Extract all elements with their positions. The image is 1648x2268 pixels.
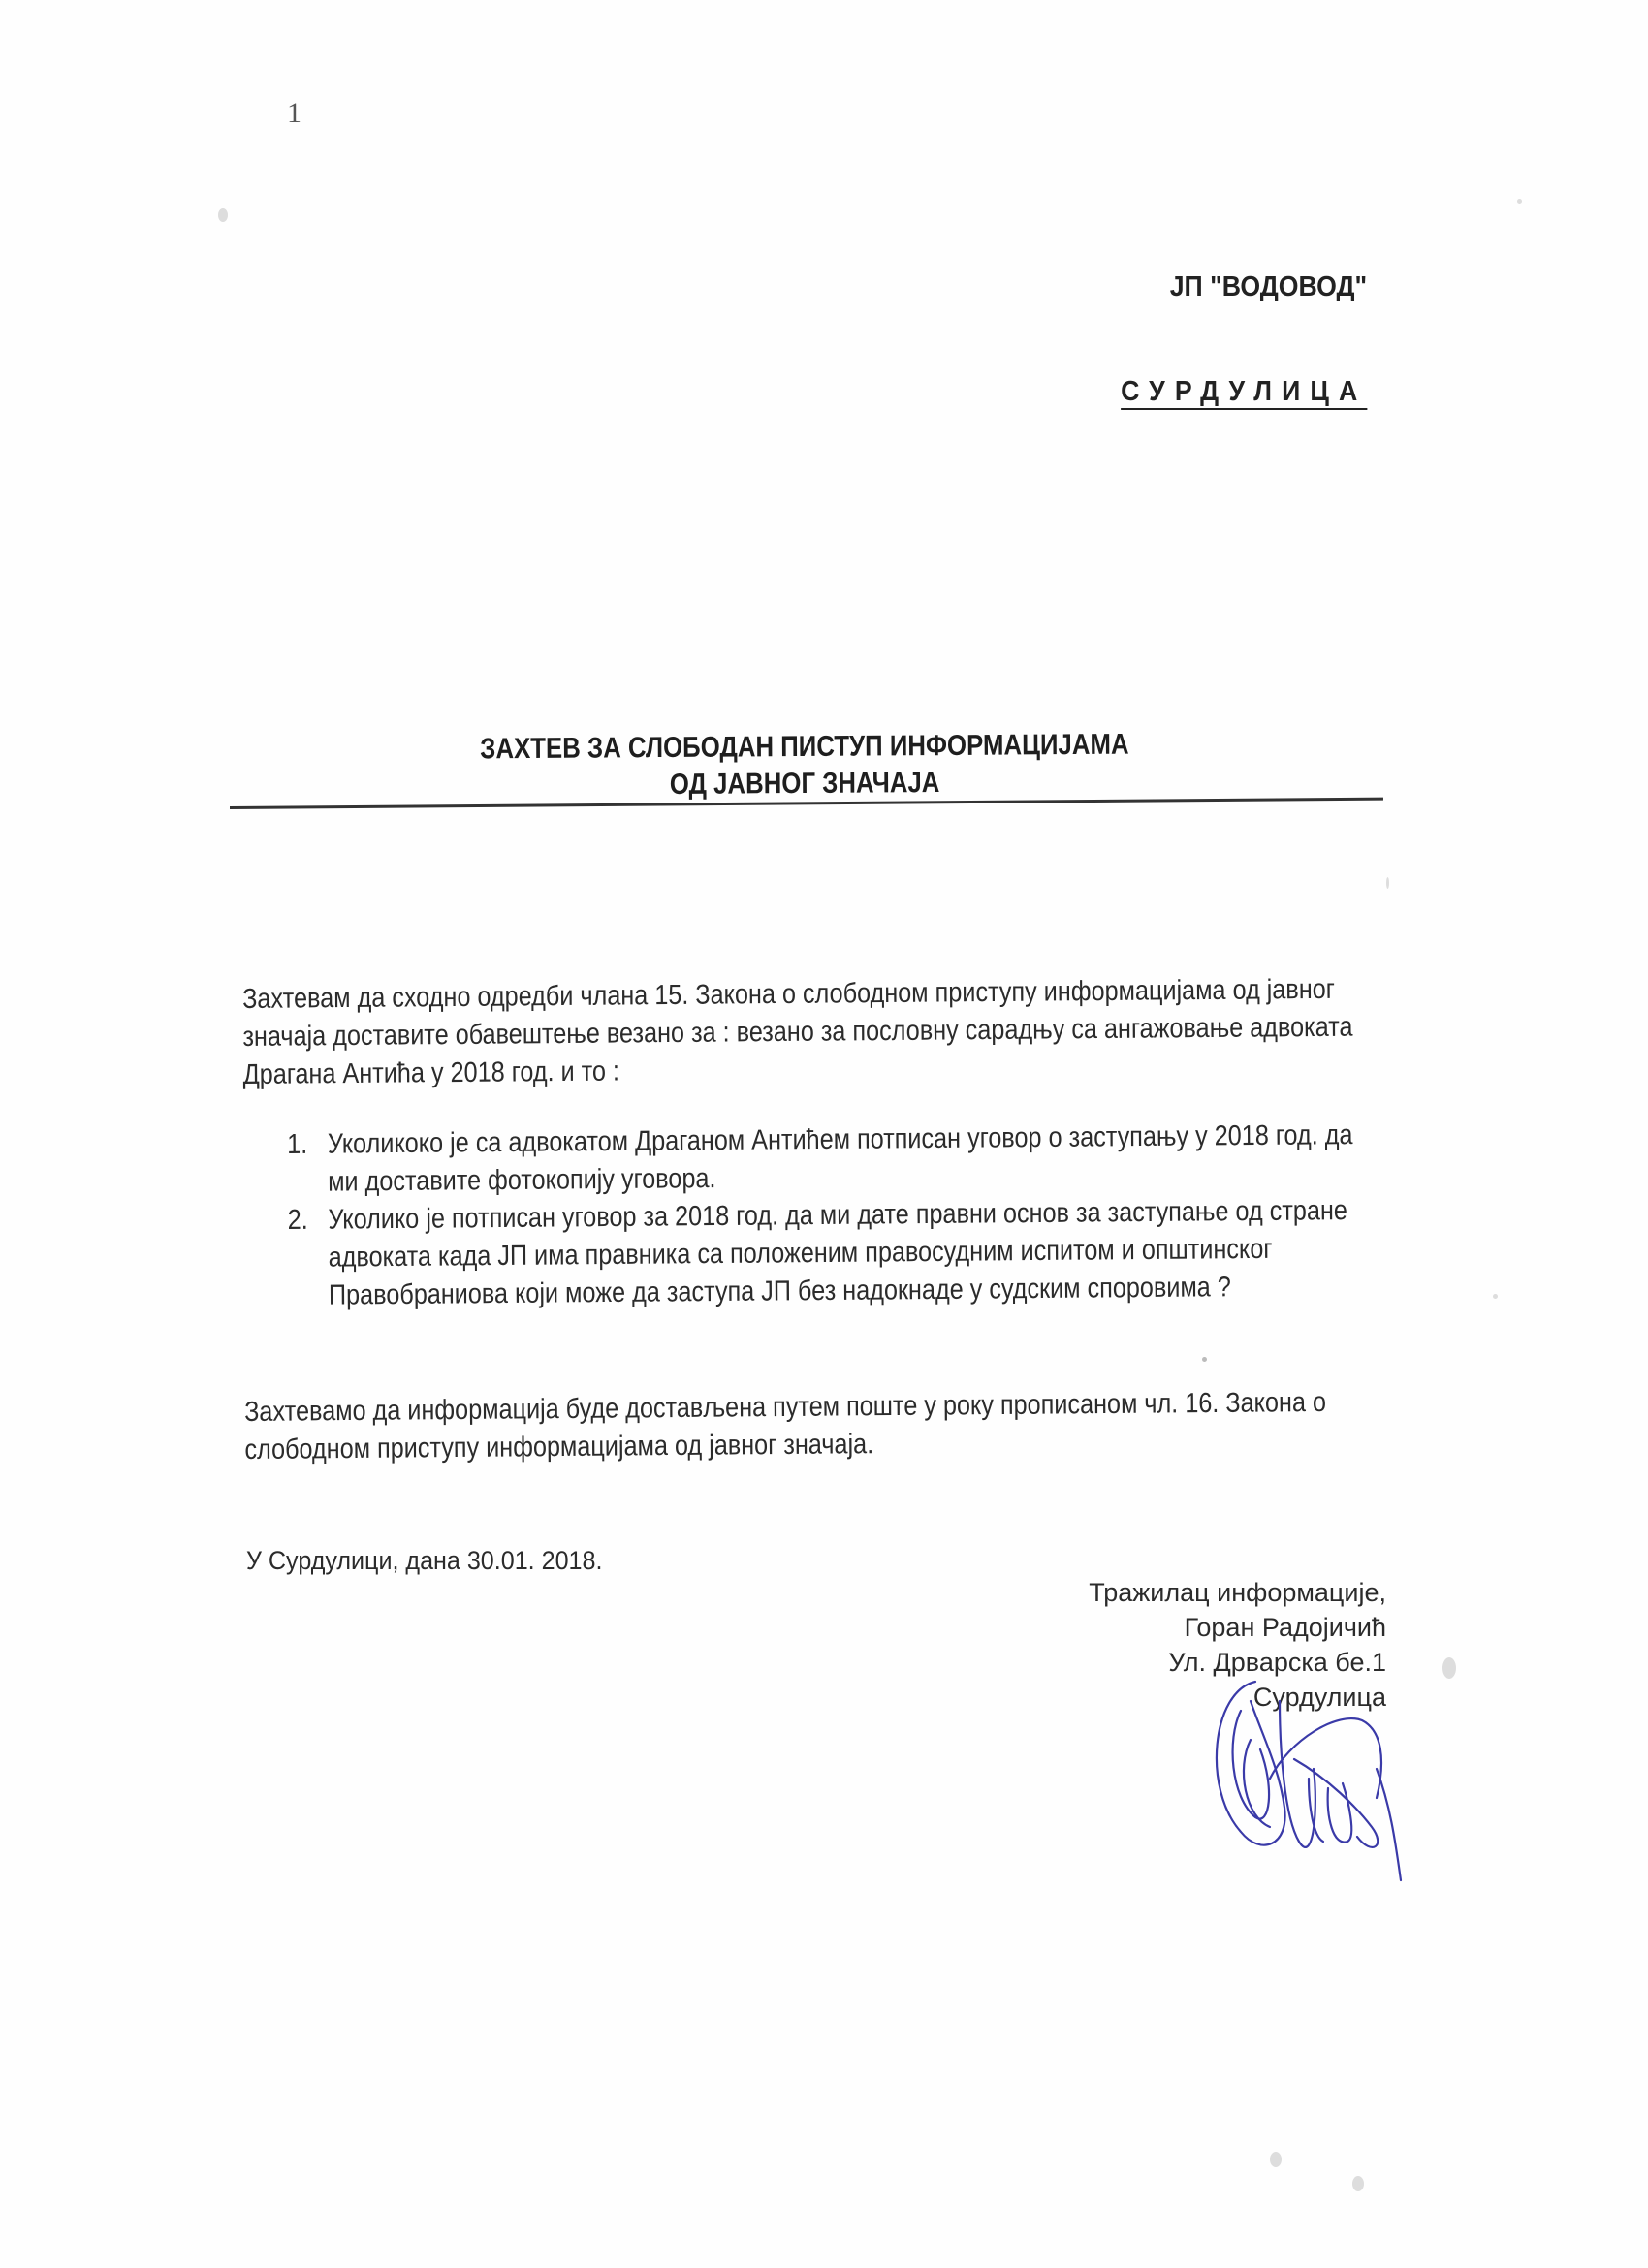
request-item: 1. Уколикоко је са адвокатом Драганом Ан…: [287, 1117, 1353, 1202]
document-title: ЗАХТЕВ ЗА СЛОБОДАН ПИСТУП ИНФОРМАЦИЈАМА …: [312, 725, 1296, 805]
request-text: Уколико је потписан уговор за 2018 год. …: [328, 1192, 1347, 1314]
scan-artifact: [1517, 199, 1522, 204]
signatory-role: Тражилац информације,: [1089, 1575, 1386, 1610]
scanned-document-page: 1 ЈП "ВОДОВОД" СУРДУЛИЦА ЗАХТЕВ ЗА СЛОБО…: [0, 0, 1648, 2268]
page-number: 1: [287, 97, 301, 130]
signatory-name: Горан Радојичић: [1089, 1610, 1386, 1645]
request-number: 1.: [287, 1126, 328, 1202]
scan-artifact: [1352, 2176, 1364, 2191]
request-list: 1. Уколикоко је са адвокатом Драганом Ан…: [287, 1117, 1354, 1315]
scan-artifact: [1442, 1657, 1456, 1679]
scan-artifact: [1493, 1294, 1498, 1299]
scan-artifact: [218, 208, 228, 222]
scan-artifact: [1202, 1357, 1207, 1362]
recipient-city: СУРДУЛИЦА: [1121, 376, 1367, 408]
request-item: 2. Уколико је потписан уговор за 2018 го…: [288, 1192, 1354, 1315]
handwritten-signature-icon: [1202, 1672, 1425, 1885]
intro-paragraph: Захтевам да сходно одредби члана 15. Зак…: [242, 971, 1353, 1094]
scan-artifact: [1386, 877, 1389, 889]
request-line: Правобраниова који може да заступа ЈП бе…: [329, 1268, 1348, 1314]
closing-paragraph: Захтевамо да информација буде достављена…: [244, 1384, 1326, 1469]
request-text: Уколикоко је са адвокатом Драганом Антић…: [328, 1117, 1353, 1202]
recipient-organization: ЈП "ВОДОВОД": [1169, 271, 1367, 303]
request-number: 2.: [288, 1202, 330, 1315]
place-and-date: У Сурдулици, дана 30.01. 2018.: [246, 1546, 602, 1576]
scan-artifact: [1270, 2152, 1282, 2167]
